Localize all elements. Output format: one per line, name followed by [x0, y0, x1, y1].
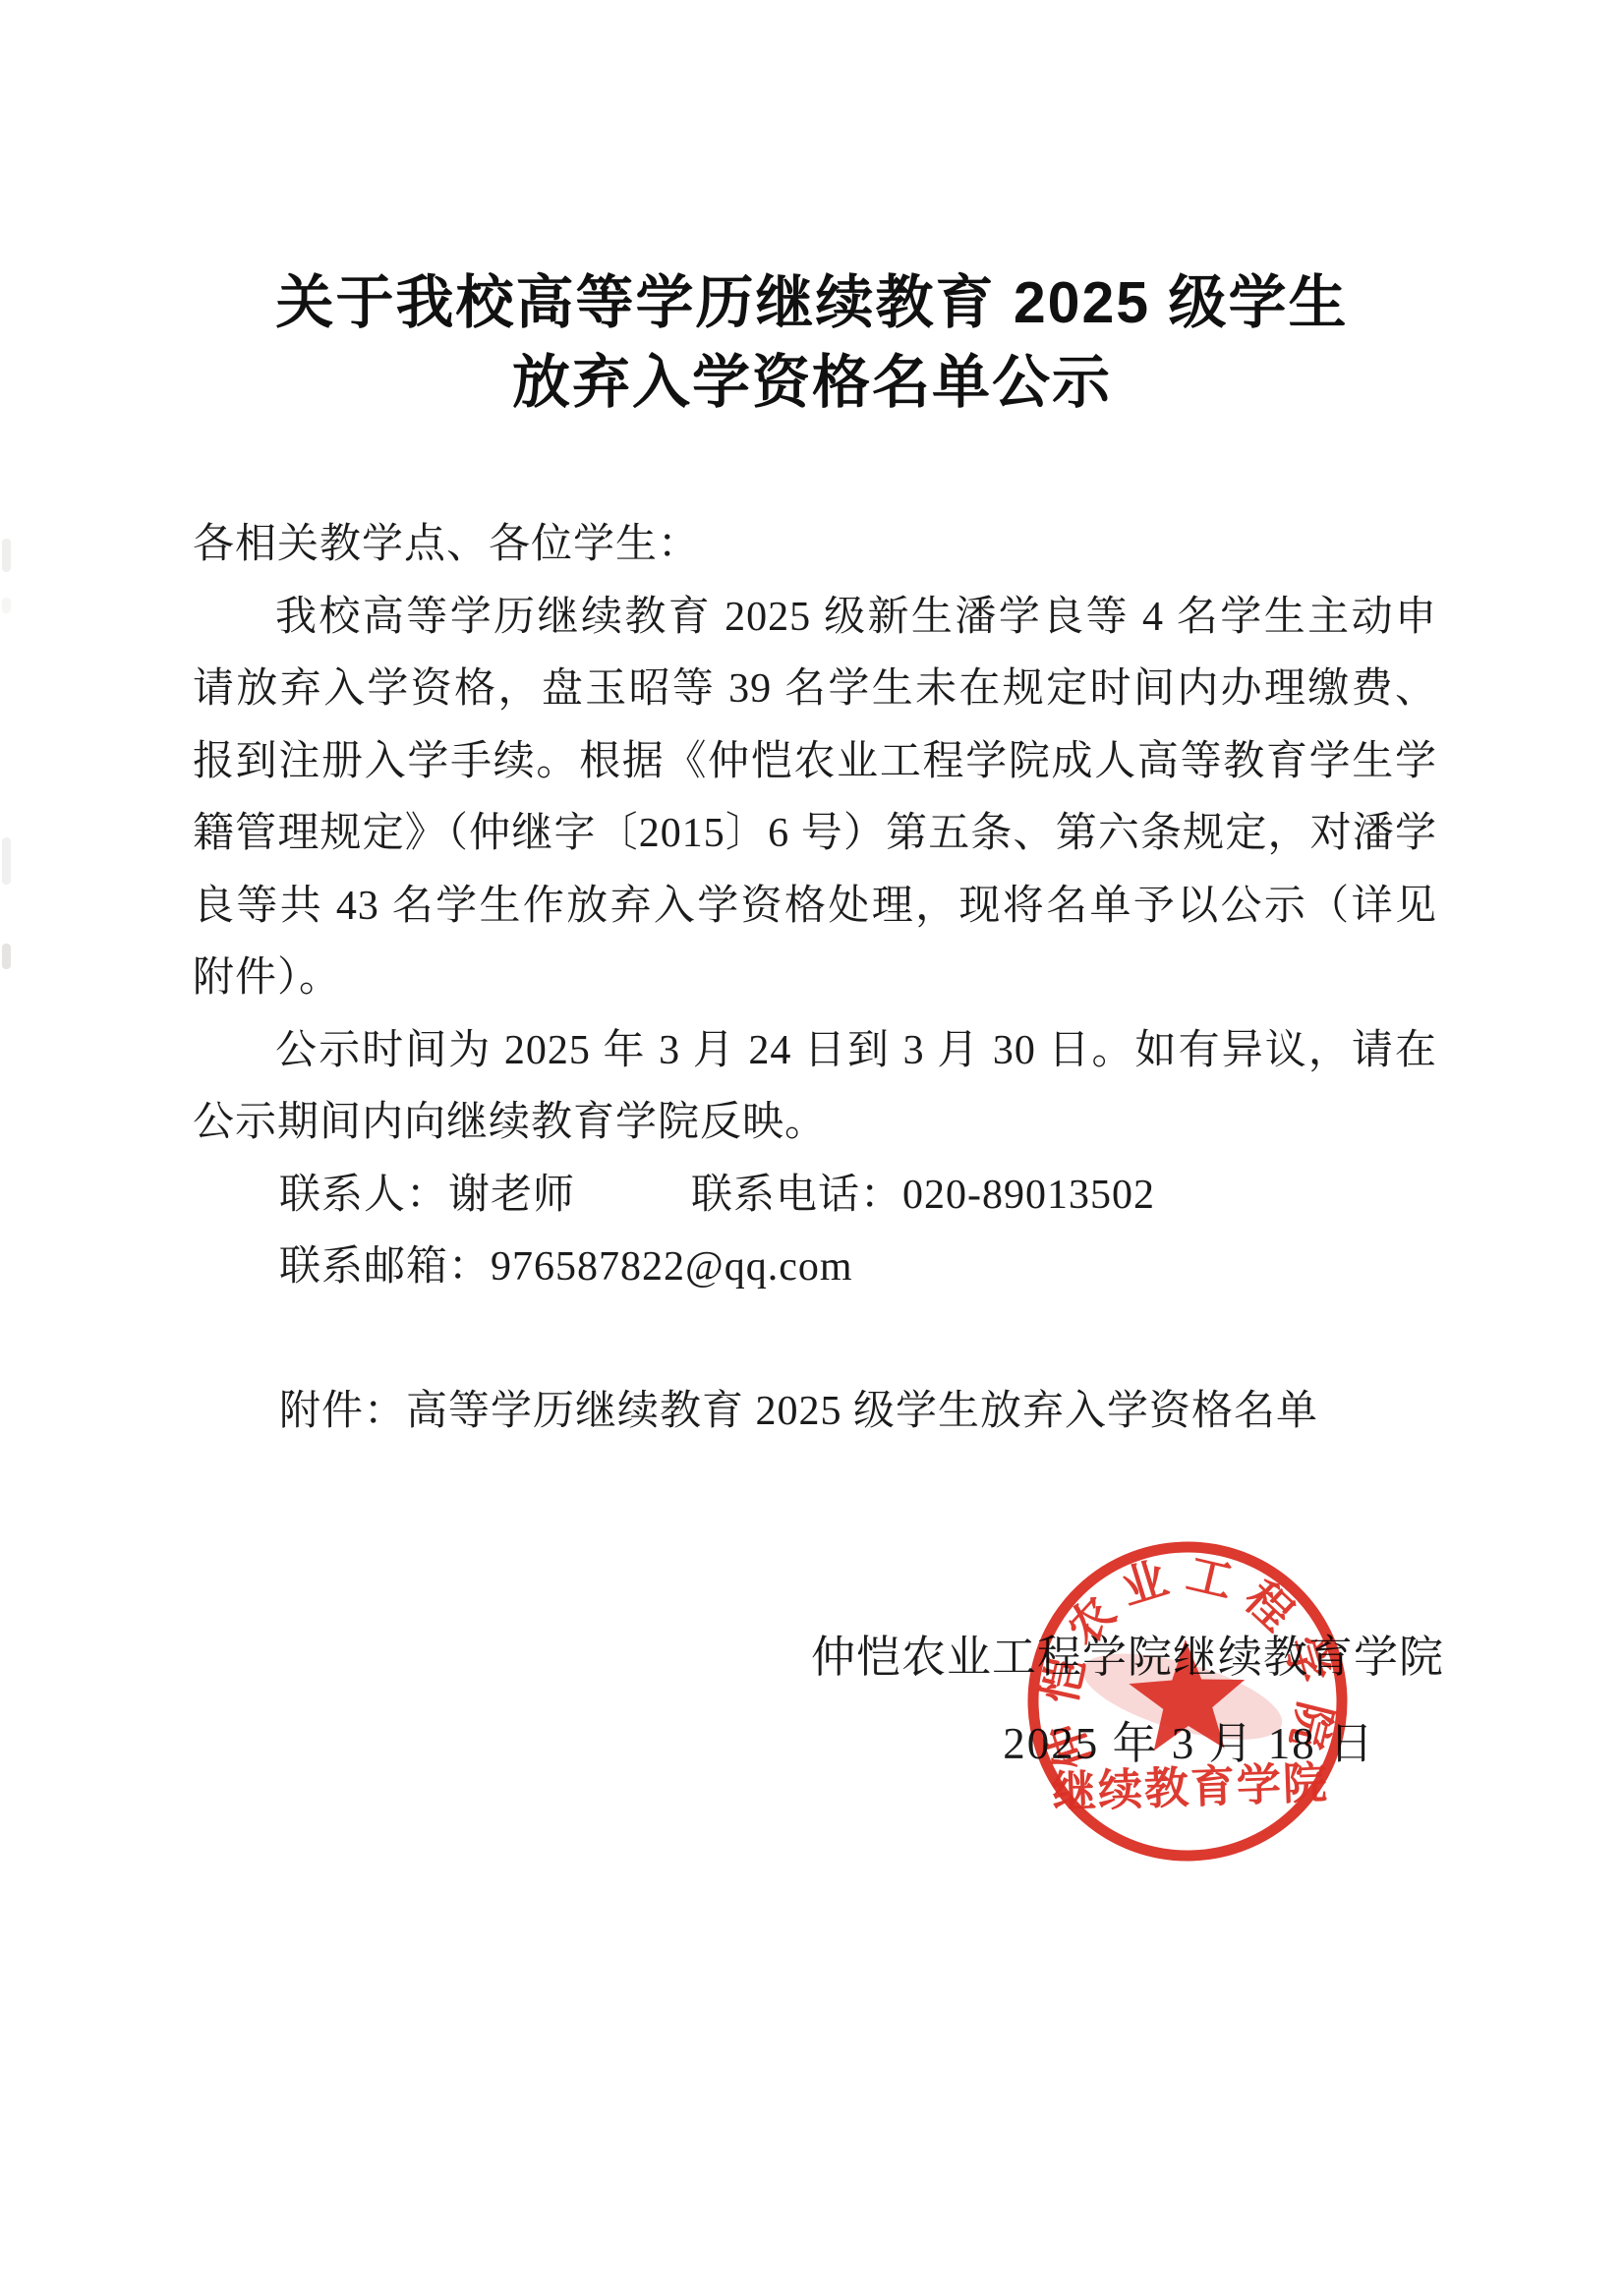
- document-title-line1: 关于我校高等学历继续教育 2025 级学生: [0, 263, 1624, 343]
- signature-date: 2025 年 3 月 18 日: [0, 1714, 1375, 1773]
- paragraph-main: 我校高等学历继续教育 2025 级新生潘学良等 4 名学生主动申请放弃入学资格，…: [193, 582, 1437, 1015]
- contact-email-line: 联系邮箱：976587822@qq.com: [193, 1232, 1437, 1304]
- attachment-line: 附件：高等学历继续教育 2025 级学生放弃入学资格名单: [193, 1376, 1437, 1449]
- contact-line: 联系人：谢老师联系电话：020-89013502: [193, 1160, 1437, 1233]
- scan-artifact: [2, 539, 11, 572]
- scan-artifact: [2, 598, 11, 613]
- document-page: 关于我校高等学历继续教育 2025 级学生 放弃入学资格名单公示 各相关教学点、…: [0, 0, 1624, 2296]
- paragraph-notice-period: 公示时间为 2025 年 3 月 24 日到 3 月 30 日。如有异议，请在公…: [193, 1015, 1437, 1160]
- document-title: 关于我校高等学历继续教育 2025 级学生 放弃入学资格名单公示: [0, 0, 1624, 423]
- contact-email-address: 976587822@qq.com: [491, 1244, 853, 1290]
- contact-person-label: 联系人：: [279, 1173, 448, 1218]
- signature-organization: 仲恺农业工程学院继续教育学院: [0, 1628, 1444, 1687]
- scan-artifact: [2, 837, 11, 885]
- document-body: 各相关教学点、各位学生： 我校高等学历继续教育 2025 级新生潘学良等 4 名…: [193, 509, 1437, 1449]
- scan-artifact: [2, 944, 11, 969]
- contact-person-name: 谢老师: [448, 1173, 575, 1218]
- contact-phone-label: 联系电话：: [691, 1173, 902, 1218]
- contact-phone-number: 020-89013502: [902, 1173, 1155, 1218]
- signature-block: 仲恺农业工程学院继续教育学院 2025 年 3 月 18 日: [0, 1628, 1624, 1773]
- contact-email-label: 联系邮箱：: [279, 1244, 491, 1290]
- salutation: 各相关教学点、各位学生：: [193, 509, 1437, 582]
- document-title-line2: 放弃入学资格名单公示: [0, 343, 1624, 423]
